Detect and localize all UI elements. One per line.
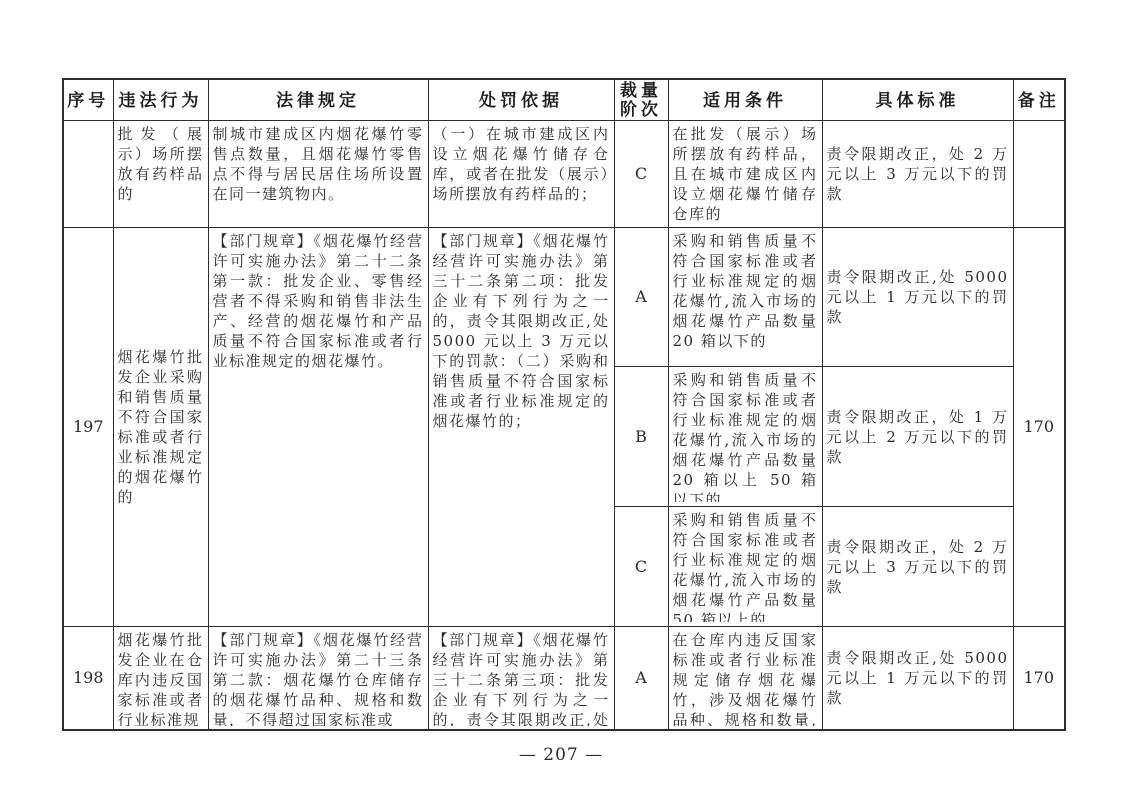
cell-note-198: 170 [1013, 627, 1065, 731]
table-header-row: 序号 违法行为 法律规定 处罚依据 裁量阶次 适用条件 具体标准 备注 [63, 79, 1065, 121]
behavior-text: 烟花爆竹批发企业采购和销售质量不符合国家标准或者行业标准规定的烟花爆竹的 [118, 347, 204, 507]
condition-text: 采购和销售质量不符合国家标准或者行业标准规定的烟花爆竹,流入市场的烟花爆竹产品数… [673, 370, 818, 502]
cell-law-cont: 制城市建成区内烟花爆竹零售点数量，且烟花爆竹零售点不得与居民居住场所设置在同一建… [208, 121, 428, 228]
cell-standard-197-c: 责令限期改正，处 2 万元以上 3 万元以下的罚款 [822, 507, 1013, 627]
cell-basis-cont: （一）在城市建成区内设立烟花爆竹储存仓库，或者在批发（展示）场所摆放有药样品的； [428, 121, 614, 228]
col-header-remark: 备注 [1013, 79, 1065, 121]
col-header-seq: 序号 [63, 79, 113, 121]
cell-behavior-198: 烟花爆竹批发企业在仓库内违反国家标准或者行业标准规 [113, 627, 208, 731]
standard-text: 责令限期改正,处 5000 元以上 1 万元以下的罚款 [827, 267, 1009, 327]
cell-note-197: 170 [1013, 228, 1065, 627]
col-header-penalty-basis: 处罚依据 [428, 79, 614, 121]
basis-text: 【部门规章】《烟花爆竹经营许可实施办法》第三十二条第三项：批发企业有下列行为之一… [433, 630, 610, 726]
cell-tier-level-cont-c: C [614, 121, 668, 228]
col-header-legal-provision: 法律规定 [208, 79, 428, 121]
basis-text: （一）在城市建成区内设立烟花爆竹储存仓库，或者在批发（展示）场所摆放有药样品的； [433, 124, 610, 204]
condition-text: 采购和销售质量不符合国家标准或者行业标准规定的烟花爆竹,流入市场的烟花爆竹产品数… [673, 231, 818, 351]
cell-basis-197: 【部门规章】《烟花爆竹经营许可实施办法》第三十二条第二项：批发企业有下列行为之一… [428, 228, 614, 627]
cell-law-198: 【部门规章】《烟花爆竹经营许可实施办法》第二十三条第二款：烟花爆竹仓库储存的烟花… [208, 627, 428, 731]
cell-condition-197-b: 采购和销售质量不符合国家标准或者行业标准规定的烟花爆竹,流入市场的烟花爆竹产品数… [668, 367, 822, 507]
cell-seq-197: 197 [63, 228, 113, 627]
cell-tier-level-197-c: C [614, 507, 668, 627]
standard-text: 责令限期改正，处 2 万元以上 3 万元以下的罚款 [827, 144, 1009, 204]
cell-tier-level-198-a: A [614, 627, 668, 731]
cell-standard-197-b: 责令限期改正，处 1 万元以上 2 万元以下的罚款 [822, 367, 1013, 507]
cell-seq-198: 198 [63, 627, 113, 731]
behavior-text: 烟花爆竹批发企业在仓库内违反国家标准或者行业标准规 [118, 630, 204, 726]
condition-text: 在批发（展示）场所摆放有药样品，且在城市建成区内设立烟花爆竹储存仓库的 [673, 124, 818, 224]
condition-text: 采购和销售质量不符合国家标准或者行业标准规定的烟花爆竹,流入市场的烟花爆竹产品数… [673, 510, 818, 622]
penalty-discretion-table: 序号 违法行为 法律规定 处罚依据 裁量阶次 适用条件 具体标准 备注 批发（展… [62, 78, 1066, 731]
law-text: 制城市建成区内烟花爆竹零售点数量，且烟花爆竹零售点不得与居民居住场所设置在同一建… [213, 124, 424, 204]
law-text: 【部门规章】《烟花爆竹经营许可实施办法》第二十三条第二款：烟花爆竹仓库储存的烟花… [213, 630, 424, 726]
condition-text: 在仓库内违反国家标准或者行业标准规定储存烟花爆竹，涉及烟花爆竹品种、规格和数量,… [673, 630, 818, 726]
cell-behavior-cont: 批发（展示）场所摆放有药样品的 [113, 121, 208, 228]
table-row-197-tier-a: 197 烟花爆竹批发企业采购和销售质量不符合国家标准或者行业标准规定的烟花爆竹的… [63, 228, 1065, 367]
standard-text: 责令限期改正，处 2 万元以上 3 万元以下的罚款 [827, 537, 1009, 597]
table-row-continuation: 批发（展示）场所摆放有药样品的 制城市建成区内烟花爆竹零售点数量，且烟花爆竹零售… [63, 121, 1065, 228]
cell-tier-level-197-a: A [614, 228, 668, 367]
cell-condition-198-a: 在仓库内违反国家标准或者行业标准规定储存烟花爆竹，涉及烟花爆竹品种、规格和数量,… [668, 627, 822, 731]
cell-tier-level-197-b: B [614, 367, 668, 507]
col-header-discretion-tier: 裁量阶次 [614, 79, 668, 121]
cell-standard-198-a: 责令限期改正,处 5000 元以上 1 万元以下的罚款 [822, 627, 1013, 731]
cell-standard-197-a: 责令限期改正,处 5000 元以上 1 万元以下的罚款 [822, 228, 1013, 367]
standard-text: 责令限期改正,处 5000 元以上 1 万元以下的罚款 [827, 648, 1009, 708]
col-header-applicable-condition: 适用条件 [668, 79, 822, 121]
cell-condition-197-a: 采购和销售质量不符合国家标准或者行业标准规定的烟花爆竹,流入市场的烟花爆竹产品数… [668, 228, 822, 367]
cell-behavior-197: 烟花爆竹批发企业采购和销售质量不符合国家标准或者行业标准规定的烟花爆竹的 [113, 228, 208, 627]
col-header-illegal-act: 违法行为 [113, 79, 208, 121]
cell-standard-cont-c: 责令限期改正，处 2 万元以上 3 万元以下的罚款 [822, 121, 1013, 228]
basis-text: 【部门规章】《烟花爆竹经营许可实施办法》第三十二条第二项：批发企业有下列行为之一… [433, 231, 610, 431]
behavior-text: 批发（展示）场所摆放有药样品的 [118, 124, 204, 204]
cell-seq-cont [63, 121, 113, 228]
cell-condition-197-c: 采购和销售质量不符合国家标准或者行业标准规定的烟花爆竹,流入市场的烟花爆竹产品数… [668, 507, 822, 627]
table-row-198-tier-a: 198 烟花爆竹批发企业在仓库内违反国家标准或者行业标准规 【部门规章】《烟花爆… [63, 627, 1065, 731]
cell-basis-198: 【部门规章】《烟花爆竹经营许可实施办法》第三十二条第三项：批发企业有下列行为之一… [428, 627, 614, 731]
page-number: — 207 — [0, 745, 1122, 765]
law-text: 【部门规章】《烟花爆竹经营许可实施办法》第二十二条第一款：批发企业、零售经营者不… [213, 231, 424, 371]
cell-note-cont [1013, 121, 1065, 228]
document-page: 序号 违法行为 法律规定 处罚依据 裁量阶次 适用条件 具体标准 备注 批发（展… [0, 0, 1122, 793]
standard-text: 责令限期改正，处 1 万元以上 2 万元以下的罚款 [827, 407, 1009, 467]
cell-condition-cont-c: 在批发（展示）场所摆放有药样品，且在城市建成区内设立烟花爆竹储存仓库的 [668, 121, 822, 228]
col-header-specific-standard: 具体标准 [822, 79, 1013, 121]
cell-law-197: 【部门规章】《烟花爆竹经营许可实施办法》第二十二条第一款：批发企业、零售经营者不… [208, 228, 428, 627]
